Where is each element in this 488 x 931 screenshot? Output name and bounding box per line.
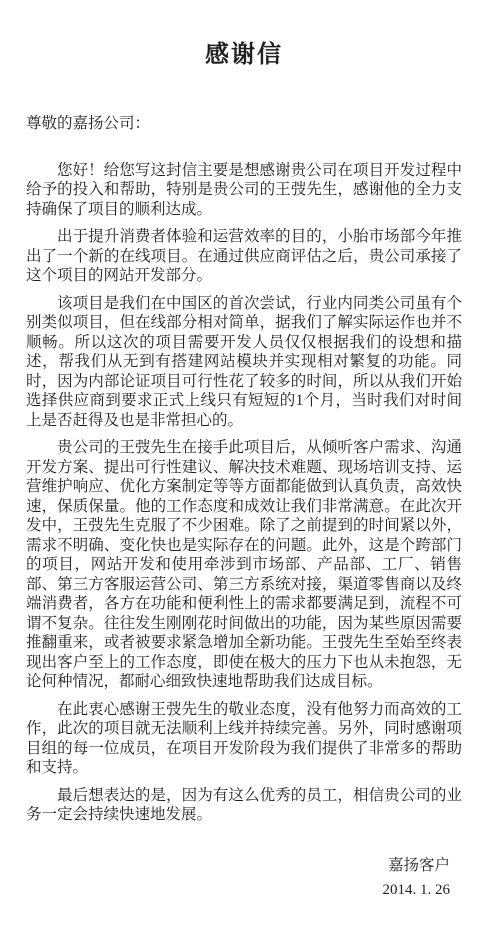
letter-body: 您好！给您写这封信主要是想感谢贵公司在项目开发过程中给予的投入和帮助，特别是贵公… — [26, 161, 462, 825]
letter-paragraph: 出于提升消费者体验和运营效率的目的，小胎市场部今年推出了一个新的在线项目。在通过… — [26, 227, 462, 286]
signature-date: 2014. 1. 26 — [26, 878, 450, 903]
letter-paragraph: 您好！给您写这封信主要是想感谢贵公司在项目开发过程中给予的投入和帮助，特别是贵公… — [26, 161, 462, 220]
letter-page: 感谢信 尊敬的嘉扬公司： 您好！给您写这封信主要是想感谢贵公司在项目开发过程中给… — [0, 0, 488, 931]
letter-paragraph: 在此衷心感谢王弢先生的敬业态度，没有他努力而高效的工作，此次的项目就无法顺利上线… — [26, 700, 462, 778]
letter-paragraph: 该项目是我们在中国区的首次尝试，行业内同类公司虽有个别类似项目，但在线部分相对简… — [26, 294, 462, 431]
salutation: 尊敬的嘉扬公司： — [26, 114, 462, 134]
letter-paragraph: 贵公司的王弢先生在接手此项目后，从倾听客户需求、沟通开发方案、提出可行性建议、解… — [26, 438, 462, 692]
letter-paragraph: 最后想表达的是，因为有这么优秀的员工，相信贵公司的业务一定会持续快速地发展。 — [26, 786, 462, 825]
signature-name: 嘉扬客户 — [26, 853, 450, 878]
letter-title: 感谢信 — [26, 42, 462, 68]
signature-block: 嘉扬客户 2014. 1. 26 — [26, 853, 462, 903]
